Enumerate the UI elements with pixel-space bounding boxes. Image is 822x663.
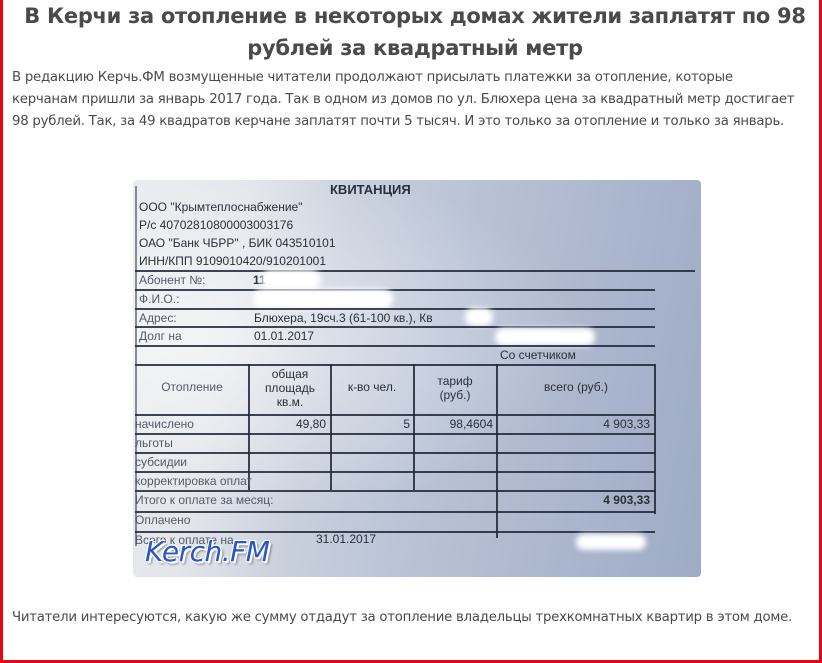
receipt-inn: ИНН/КПП 9109010420/910201001 [139,254,326,268]
table-row-rule [135,452,655,454]
redacted-subscriber [261,270,321,290]
table-row-rule [135,414,655,416]
receipt-rule [135,308,655,310]
month-total-label: Итого к оплате за месяц: [135,493,273,507]
receipt-bank: ОАО "Банк ЧБРР" , БИК 043510101 [139,236,336,250]
row-charged-total: 4 903,33 [498,417,650,431]
row-label-payment-correction: корректировка оплат [135,474,252,488]
col-header-heating: Отопление [137,380,247,394]
receipt-rule [135,289,655,291]
receipt-rule [135,345,655,347]
address-label: Адрес: [139,311,177,325]
col-header-tariff-line1: тариф [415,374,495,388]
row-label-charged: начислено [135,417,194,431]
col-header-area-line1: общая [250,367,330,381]
col-header-tariff-line2: (руб.) [415,388,495,402]
table-row-rule [135,433,655,435]
subscriber-label: Абонент №: [139,273,206,287]
col-header-area-line3: кв.м. [250,395,330,409]
row-label-subsidies: субсидии [135,455,187,469]
meter-label: Со счетчиком [500,348,576,362]
table-top-rule [135,364,655,366]
due-date: 31.01.2017 [316,532,376,546]
table-row-rule [135,490,655,492]
receipt-photo: КВИТАНЦИЯ ООО "Крымтеплоснабжение" Р/с 4… [133,180,701,577]
col-header-total: всего (руб.) [498,380,654,394]
redacted-fio [253,289,393,309]
receipt-company: ООО "Крымтеплоснабжение" [139,200,302,214]
article-intro-paragraph: В редакцию Керчь.ФМ возмущенные читатели… [12,67,802,133]
fio-label: Ф.И.О.: [139,292,179,306]
debt-label: Долг на [139,329,182,343]
row-charged-people: 5 [332,417,410,431]
redacted-debt [495,328,595,346]
table-row-rule [135,511,655,513]
receipt-heading: КВИТАНЦИЯ [330,182,411,197]
article-title: В Керчи за отопление в некоторых домах ж… [10,0,820,64]
receipt-account: Р/с 40702810800003003176 [139,218,293,232]
receipt-rule [135,270,695,272]
table-row-rule [135,471,655,473]
paid-label: Оплачено [135,513,190,527]
kerch-fm-watermark: Kerch.FM [145,535,269,568]
month-total-value: 4 903,33 [498,493,650,507]
row-label-benefits: льготы [135,436,173,450]
redacted-due-amount [576,534,646,550]
row-charged-area: 49,80 [250,417,326,431]
receipt-left-border [135,186,137,546]
col-header-area-line2: площадь [250,381,330,395]
redacted-apartment [465,308,493,326]
article-outro-paragraph: Читатели интересуются, какую же сумму от… [12,607,802,629]
debt-date: 01.01.2017 [254,329,314,343]
col-header-people: к-во чел. [332,380,412,394]
row-charged-tariff: 98,4604 [415,417,493,431]
address-value: Блюхера, 19сч.3 (61-100 кв.), Кв [254,311,433,325]
